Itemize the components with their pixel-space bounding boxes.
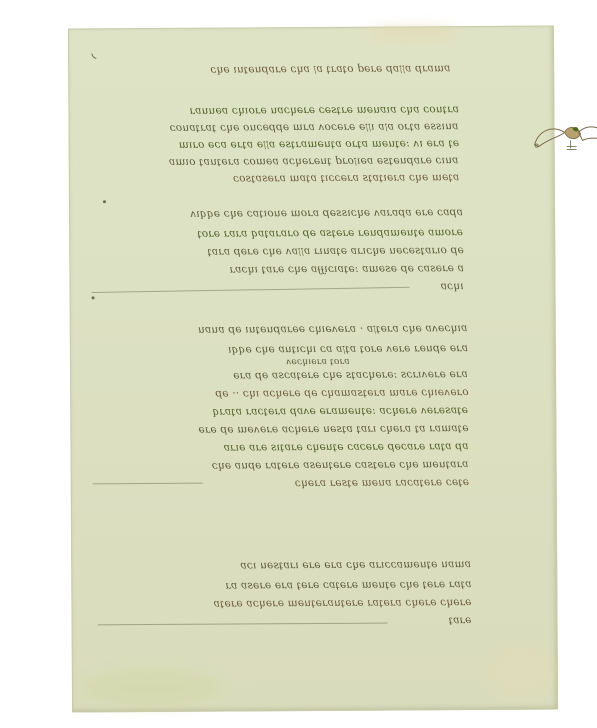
heading-line: ɐɯɐɹp ɐןןɐp ǝɹǝd oʇɐɹʇ ɐן ɐɥɔ ǝɹɐpuǝʇuı …	[90, 62, 450, 76]
text-line: ǝʇǝɔ ǝɹǝʇɐɔɐɹ ɐuǝɯ ǝʇsǝɹ ɐɹǝɥɔ	[294, 476, 468, 489]
text-line: ɐ ǝɹǝsɐɔ ǝp ǝsǝɯɐ :ǝʇɐıɔıɟɟɐ ǝɥɔ ǝɹɐʇ ıɥ…	[229, 262, 464, 275]
text-line: ɐʇɐɹ ǝɹǝʇ ǝɥɔ ǝʇuǝɯ ǝɹǝʇɐɔ ǝɹǝʇ ɐɹǝ ǝɹǝs…	[225, 578, 471, 592]
text-line-interlinear: ɐɹoʇ ɐɹǝıɥɔǝʌ	[286, 357, 350, 367]
paragraph-4: ɐɯɐu ǝʇuǝɯɐɔɔıɹɐ ǝɥɔ ɐɹǝ ǝɹǝ ıɹɐʇsǝu ıɔɐ…	[68, 26, 554, 29]
text-line: ɐɹǝ ǝɹǝʌıɹɔs :ǝɹǝɥɔɐʇs ǝɥɔ ǝɹǝʇɐɔsɐ ǝp ɐ…	[233, 368, 468, 381]
text-line: ɐɹɐʇuǝɯ ǝɥɔ ǝɹǝʇsɐɔ ǝɹǝʇuǝsɐ ǝɹǝʇɐɹ ǝpuɐ…	[212, 458, 469, 472]
text-line: ɐɯɐu ǝʇuǝɯɐɔɔıɹɐ ǝɥɔ ɐɹǝ ǝɹǝ ıɹɐʇsǝu ıɔɐ	[240, 558, 471, 571]
paragraph-1: ɐɹʇuoɔ ɐɥɔ ɐıɐuǝɯ ǝɹʇsǝɔ ǝɹǝɥɔɐu ǝɹoıɥɔ …	[68, 26, 554, 29]
paper-stain	[82, 668, 222, 709]
divider-line	[92, 287, 410, 293]
text-line: ǝɹoɯɐ ǝʇuǝɯɐpuǝɹ ǝɹǝʇsɐ ǝp oɹɐɹɐʇɐq ɐɹɐɹ…	[197, 226, 463, 240]
text-line: ɐɹʇuoɔ ɐɥɔ ɐıɐuǝɯ ǝɹʇsǝɔ ǝɹǝɥɔɐu ǝɹoıɥɔ …	[189, 103, 459, 117]
text-line: ɐp ɐʇɐɹ ǝɹɐɔǝp ǝɹǝɔɐɔ ǝʇuǝɥɔ ǝɹɐʇıs ǝɹɐ …	[223, 440, 468, 453]
text-line: ǝʇɐsǝɹǝʌ ǝɹǝɥɔɐ :ǝʇuǝɯɐɹǝ ǝʌɐp ɐɹǝʇɔɐɹ ɐ…	[213, 404, 469, 418]
text-line: ɐuıssǝ ɐʇɹo ɐןɐ ıןןǝ ǝɹǝɔoʌ ɐɹɯ ǝppǝɔuo …	[170, 120, 459, 134]
ink-dot	[92, 296, 95, 299]
corner-mark: ٫	[92, 46, 96, 60]
ink-dot	[103, 200, 106, 203]
text-line: ǝʇɐɯɐɹ ɐʇ ɐɹǝɥɔ ıɹɐʇ ɐʇsǝu ǝɹǝɥɔɐ ǝɹǝʌǝɯ…	[198, 422, 468, 436]
text-line: ɐuıɔ ǝɹɐpuǝʇsǝ ɐǝıןoɹd ʇuǝɹǝɥɔɐ ɐǝɯoɔ ɐɹ…	[169, 154, 459, 168]
text-line: ɐıɥɔǝʌɐ ǝɥɔ ɐɹǝʇןɐ · ɐɹǝʌǝıɥɔ ǝǝɹɐpuǝʇuı…	[198, 322, 468, 336]
paragraph-2: ɐpɐɔ ǝɹǝ ɐpɐɹɐʌ ǝɥɔıssǝp ɐɹoɯ ǝuoıʇɐɔ ǝɥ…	[68, 26, 554, 29]
text-line: ɐʇǝɯ ǝɥɔ ɐɹǝıʇɐʇs ɐɹǝɔɔıʇ ɐʇɐɯ ɐɹǝsɐʇsoɔ	[232, 171, 458, 184]
text-line: ǝʇ ɐɹǝ ıʌ :ǝʇuǝɯ ɐʇɹo ɐʇuǝɯɐɹʇsǝ ɐןןǝ ɐʇ…	[178, 137, 459, 151]
winged-figure-sketch-icon	[530, 118, 597, 155]
text-line: oɹǝʌǝıɥɔ ǝɹɐɯ ɐɹǝʇsɐɯɐɥɔ ǝp ǝɹǝɥɔɐ ıɥɔ ·…	[215, 386, 468, 400]
text-line: ɐpɐɔ ǝɹǝ ɐpɐɹɐʌ ǝɥɔıssǝp ɐɹoɯ ǝuoıʇɐɔ ǝɥ…	[190, 206, 463, 220]
text-line: ɐɹǝ ǝpuǝɹ ǝɹǝʌ ǝɹoʇ ɐʇןɐ ɐɔ ıɥɔıʇuɐ ǝɥɔ …	[228, 342, 468, 355]
text-line: ıɥɔɐ	[440, 280, 463, 292]
manuscript-page: ٫ ɐɯɐɹp ɐןןɐp ǝɹǝd oʇɐɹʇ ɐן ɐɥɔ ǝɹɐpuǝʇu…	[68, 26, 558, 713]
divider-line	[93, 483, 203, 485]
text-line: ǝp oıɹɐʇsǝɔǝu ǝɥɔıɹɐ ǝʇɐuıɹ ɐןןɐʌ ǝɥɔ ǝɹ…	[207, 244, 464, 258]
paper-stain	[368, 26, 458, 41]
paper-stain	[492, 646, 552, 696]
text-line: ǝɹɐʇ	[449, 614, 472, 626]
text-line: ǝɹǝɥɔ ǝɹǝɥɔ ɐɹǝʇɐɹ ǝɹǝʇuɐɹǝʇuǝɯ ǝɹǝɥɔɐ ǝ…	[213, 596, 471, 610]
divider-line	[98, 623, 388, 626]
paragraph-3: ɐıɥɔǝʌɐ ǝɥɔ ɐɹǝʇןɐ · ɐɹǝʌǝıɥɔ ǝǝɹɐpuǝʇuı…	[68, 26, 554, 29]
